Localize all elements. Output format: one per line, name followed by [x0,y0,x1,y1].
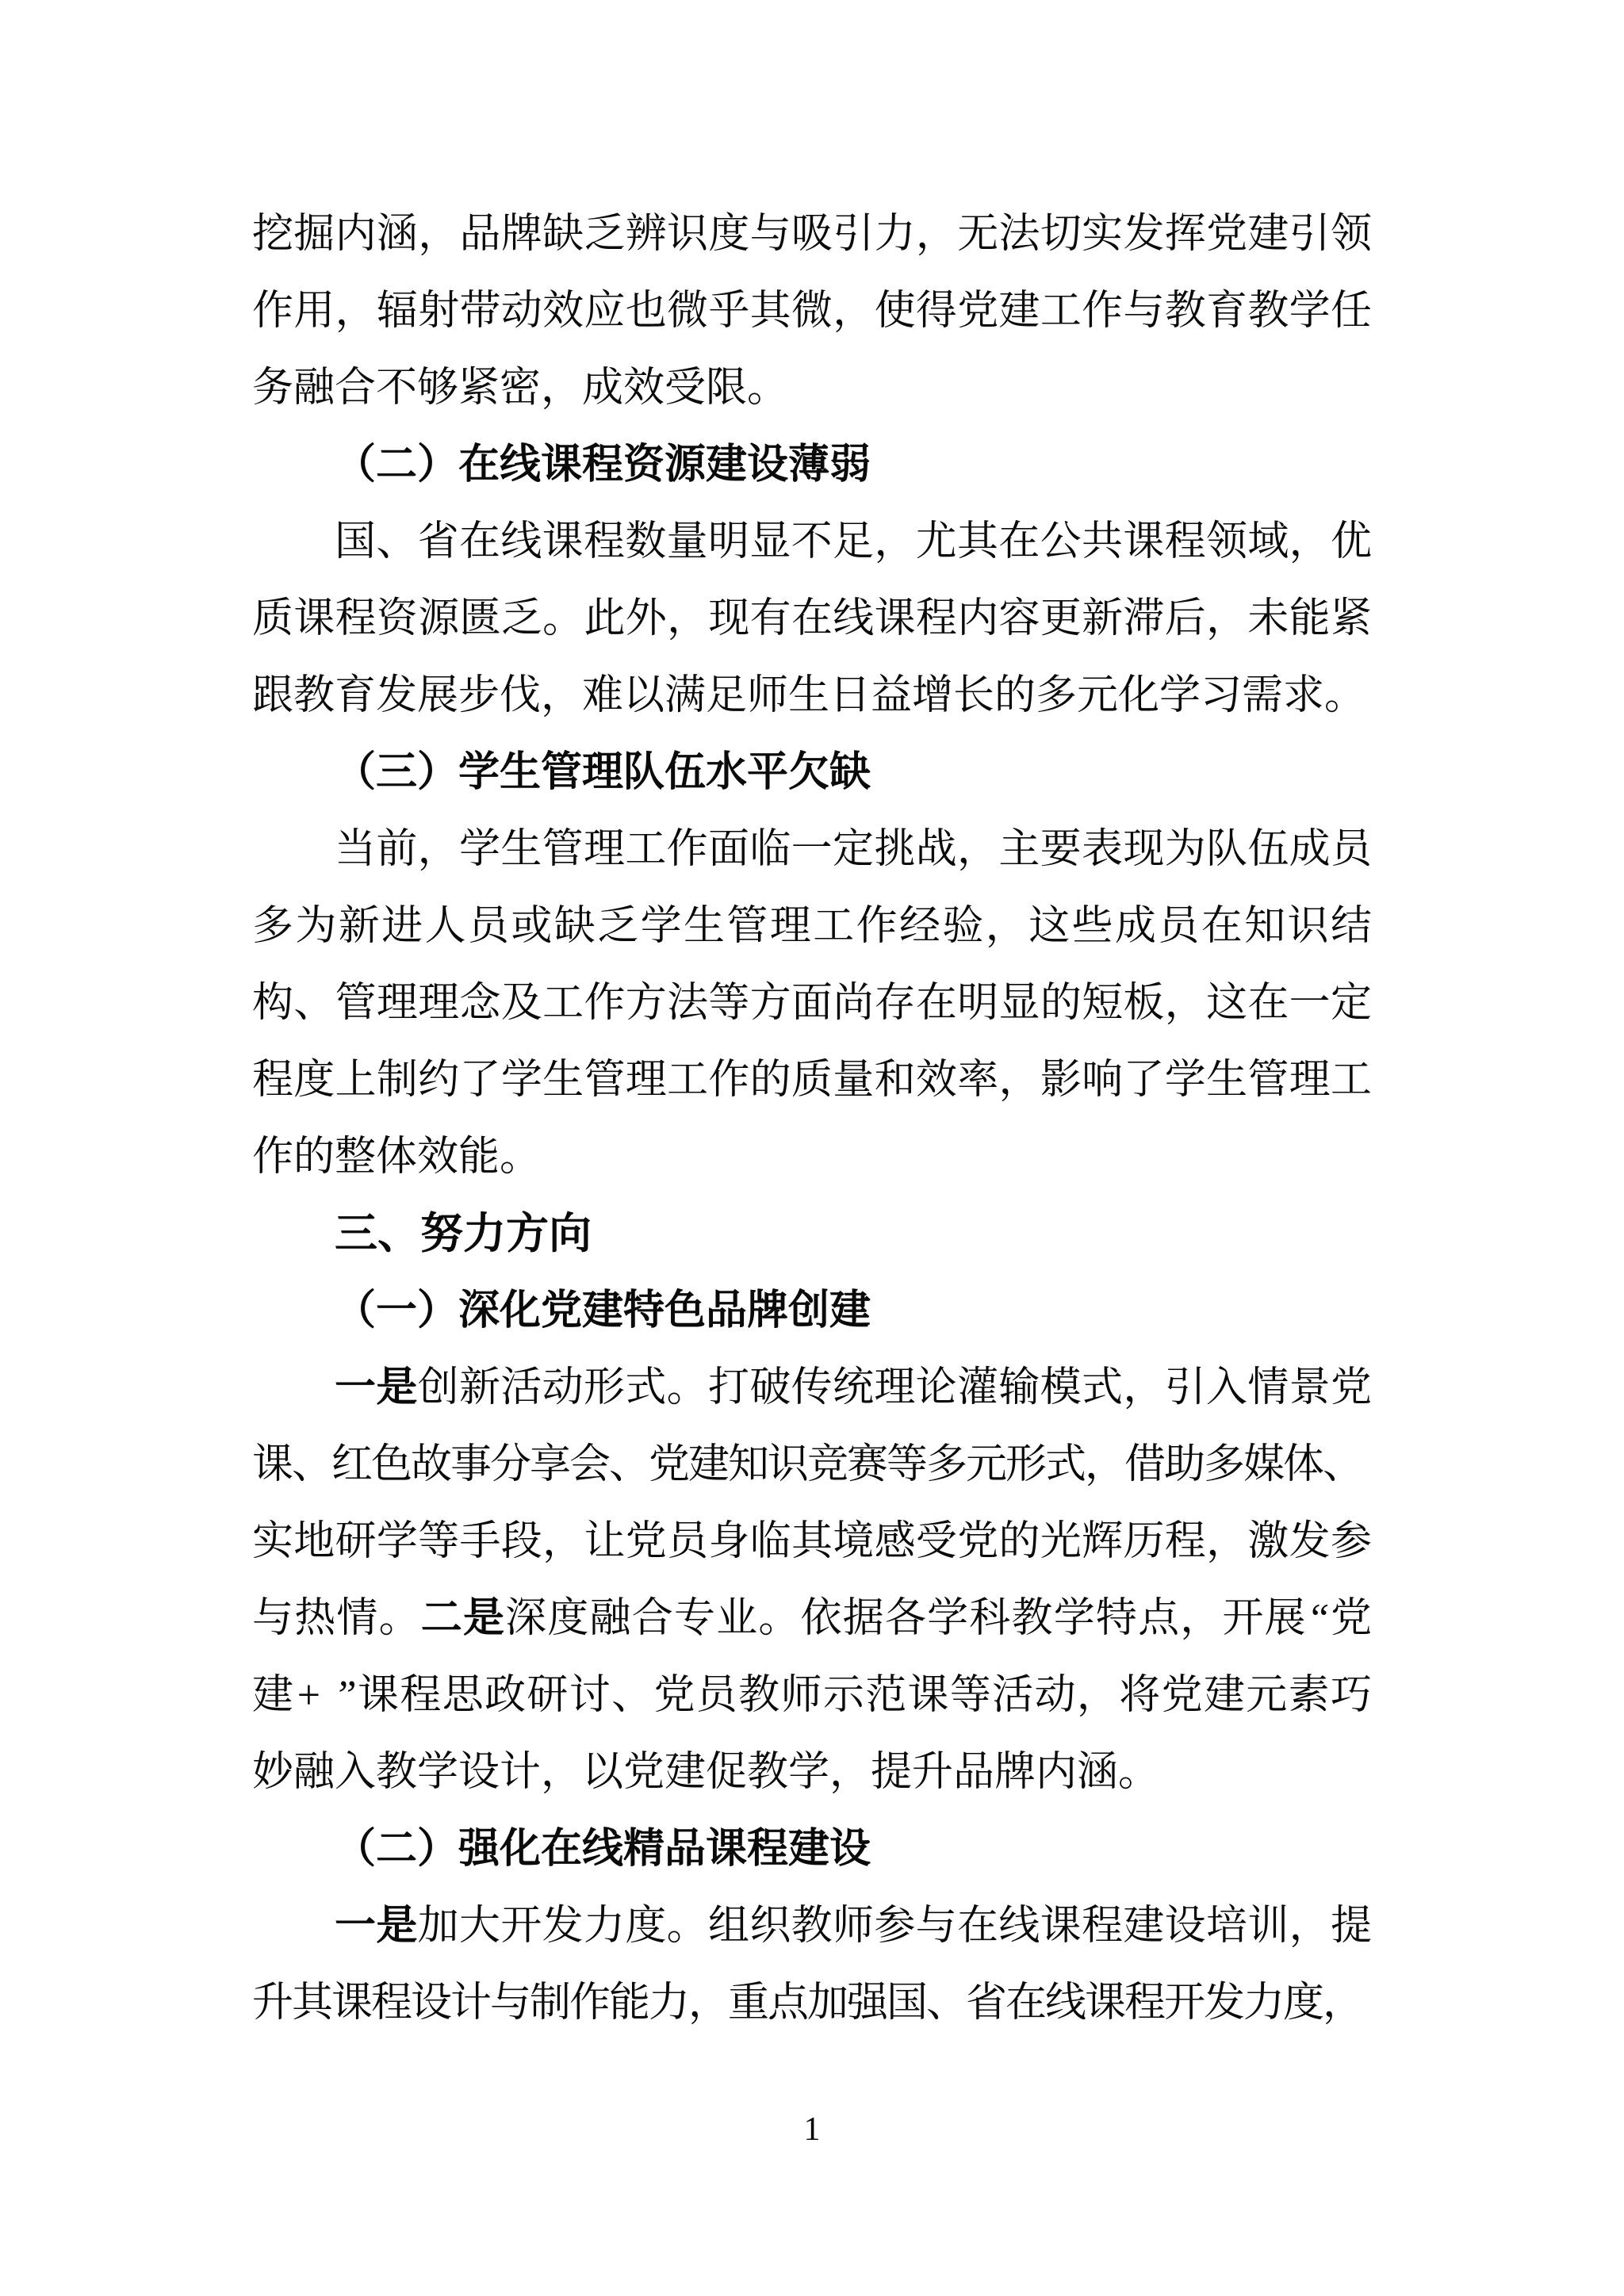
para-direction1-line2: 课、红色故事分享会、党建知识竞赛等多元形式，借助多媒体、 [252,1426,1372,1503]
para-direction1-line5: 建+ ”课程思政研讨、党员教师示范课等活动，将党建元素巧 [252,1657,1372,1734]
para-direction2-line2: 升其课程设计与制作能力，重点加强国、省在线课程开发力度， [252,1965,1372,2042]
para-courses-line2: 质课程资源匮乏。此外，现有在线课程内容更新滞后，未能紧 [252,580,1372,657]
text-segment: 务融合不够紧密，成效受限。 [252,365,788,411]
para-mgmt-line3: 构、管理理念及工作方法等方面尚存在明显的短板，这在一定 [252,965,1372,1042]
page-number: 1 [0,2110,1624,2149]
bold-text-segment: （二）在线课程资源建设薄弱 [335,442,871,488]
heading-section-3-direction: 三、努力方向 [252,1196,1372,1272]
text-segment: 挖掘内涵，品牌缺乏辨识度与吸引力，无法切实发挥党建引领 [252,212,1372,257]
text-segment: 质课程资源匮乏。此外，现有在线课程内容更新滞后，未能紧 [252,596,1372,641]
text-segment: 国、省在线课程数量明显不足，尤其在公共课程领域，优 [335,519,1372,564]
para-brand-line3: 务融合不够紧密，成效受限。 [252,350,1372,427]
para-direction1-line3: 实地研学等手段，让党员身临其境感受党的光辉历程，激发参 [252,1503,1372,1580]
document-page: 挖掘内涵，品牌缺乏辨识度与吸引力，无法切实发挥党建引领作用，辐射带动效应也微乎其… [0,0,1624,2296]
text-segment: 多为新进人员或缺乏学生管理工作经验，这些成员在知识结 [252,904,1372,949]
text-segment: 构、管理理念及工作方法等方面尚存在明显的短板，这在一定 [252,981,1372,1026]
text-segment: 妙融入教学设计，以党建促教学，提升品牌内涵。 [252,1750,1159,1795]
heading-2-quality-courses: （二）强化在线精品课程建设 [252,1811,1372,1888]
bold-text-segment: （三）学生管理队伍水平欠缺 [335,750,871,795]
heading-3-student-mgmt: （三）学生管理队伍水平欠缺 [252,734,1372,811]
text-segment: 课、红色故事分享会、党建知识竞赛等多元形式，借助多媒体、 [252,1442,1362,1487]
bold-text-segment: 三、努力方向 [335,1210,592,1257]
text-segment: 深度融合专业。依据各学科教学特点，开展“党 [505,1596,1372,1641]
bold-text-segment: 一是 [335,1365,418,1410]
bold-text-segment: 一是 [335,1904,418,1949]
text-segment: 作用，辐射带动效应也微乎其微，使得党建工作与教育教学任 [252,289,1372,334]
para-mgmt-line2: 多为新进人员或缺乏学生管理工作经验，这些成员在知识结 [252,888,1372,965]
para-direction1-line1: 一是创新活动形式。打破传统理论灌输模式，引入情景党 [252,1349,1372,1426]
text-segment: 加大开发力度。组织教师参与在线课程建设培训，提 [418,1904,1372,1949]
para-direction1-line4: 与热情。二是深度融合专业。依据各学科教学特点，开展“党 [252,1580,1372,1657]
bold-text-segment: （一）深化党建特色品牌创建 [335,1288,871,1334]
text-segment: 升其课程设计与制作能力，重点加强国、省在线课程开发力度， [252,1980,1362,2026]
text-segment: 创新活动形式。打破传统理论灌输模式，引入情景党 [418,1365,1372,1410]
document-body: 挖掘内涵，品牌缺乏辨识度与吸引力，无法切实发挥党建引领作用，辐射带动效应也微乎其… [252,196,1372,2042]
para-direction2-line1: 一是加大开发力度。组织教师参与在线课程建设培训，提 [252,1888,1372,1965]
text-segment: 建+ ”课程思政研讨、党员教师示范课等活动，将党建元素巧 [252,1673,1372,1718]
text-segment: 与热情。 [252,1596,421,1641]
text-segment: 程度上制约了学生管理工作的质量和效率，影响了学生管理工 [252,1058,1372,1103]
text-segment: 当前，学生管理工作面临一定挑战，主要表现为队伍成员 [335,827,1372,872]
para-direction1-line6: 妙融入教学设计，以党建促教学，提升品牌内涵。 [252,1734,1372,1811]
heading-1-party-brand: （一）深化党建特色品牌创建 [252,1272,1372,1349]
para-mgmt-line1: 当前，学生管理工作面临一定挑战，主要表现为队伍成员 [252,811,1372,888]
para-mgmt-line4: 程度上制约了学生管理工作的质量和效率，影响了学生管理工 [252,1042,1372,1119]
text-segment: 作的整体效能。 [252,1135,541,1180]
bold-text-segment: 二是 [421,1596,505,1641]
para-mgmt-line5: 作的整体效能。 [252,1119,1372,1196]
para-courses-line1: 国、省在线课程数量明显不足，尤其在公共课程领域，优 [252,503,1372,580]
text-segment: 跟教育发展步伐，难以满足师生日益增长的多元化学习需求。 [252,673,1365,718]
para-brand-line2: 作用，辐射带动效应也微乎其微，使得党建工作与教育教学任 [252,273,1372,350]
text-segment: 实地研学等手段，让党员身临其境感受党的光辉历程，激发参 [252,1519,1372,1564]
para-brand-line1: 挖掘内涵，品牌缺乏辨识度与吸引力，无法切实发挥党建引领 [252,196,1372,273]
para-courses-line3: 跟教育发展步伐，难以满足师生日益增长的多元化学习需求。 [252,657,1372,734]
bold-text-segment: （二）强化在线精品课程建设 [335,1827,871,1872]
heading-2-online-courses: （二）在线课程资源建设薄弱 [252,427,1372,503]
